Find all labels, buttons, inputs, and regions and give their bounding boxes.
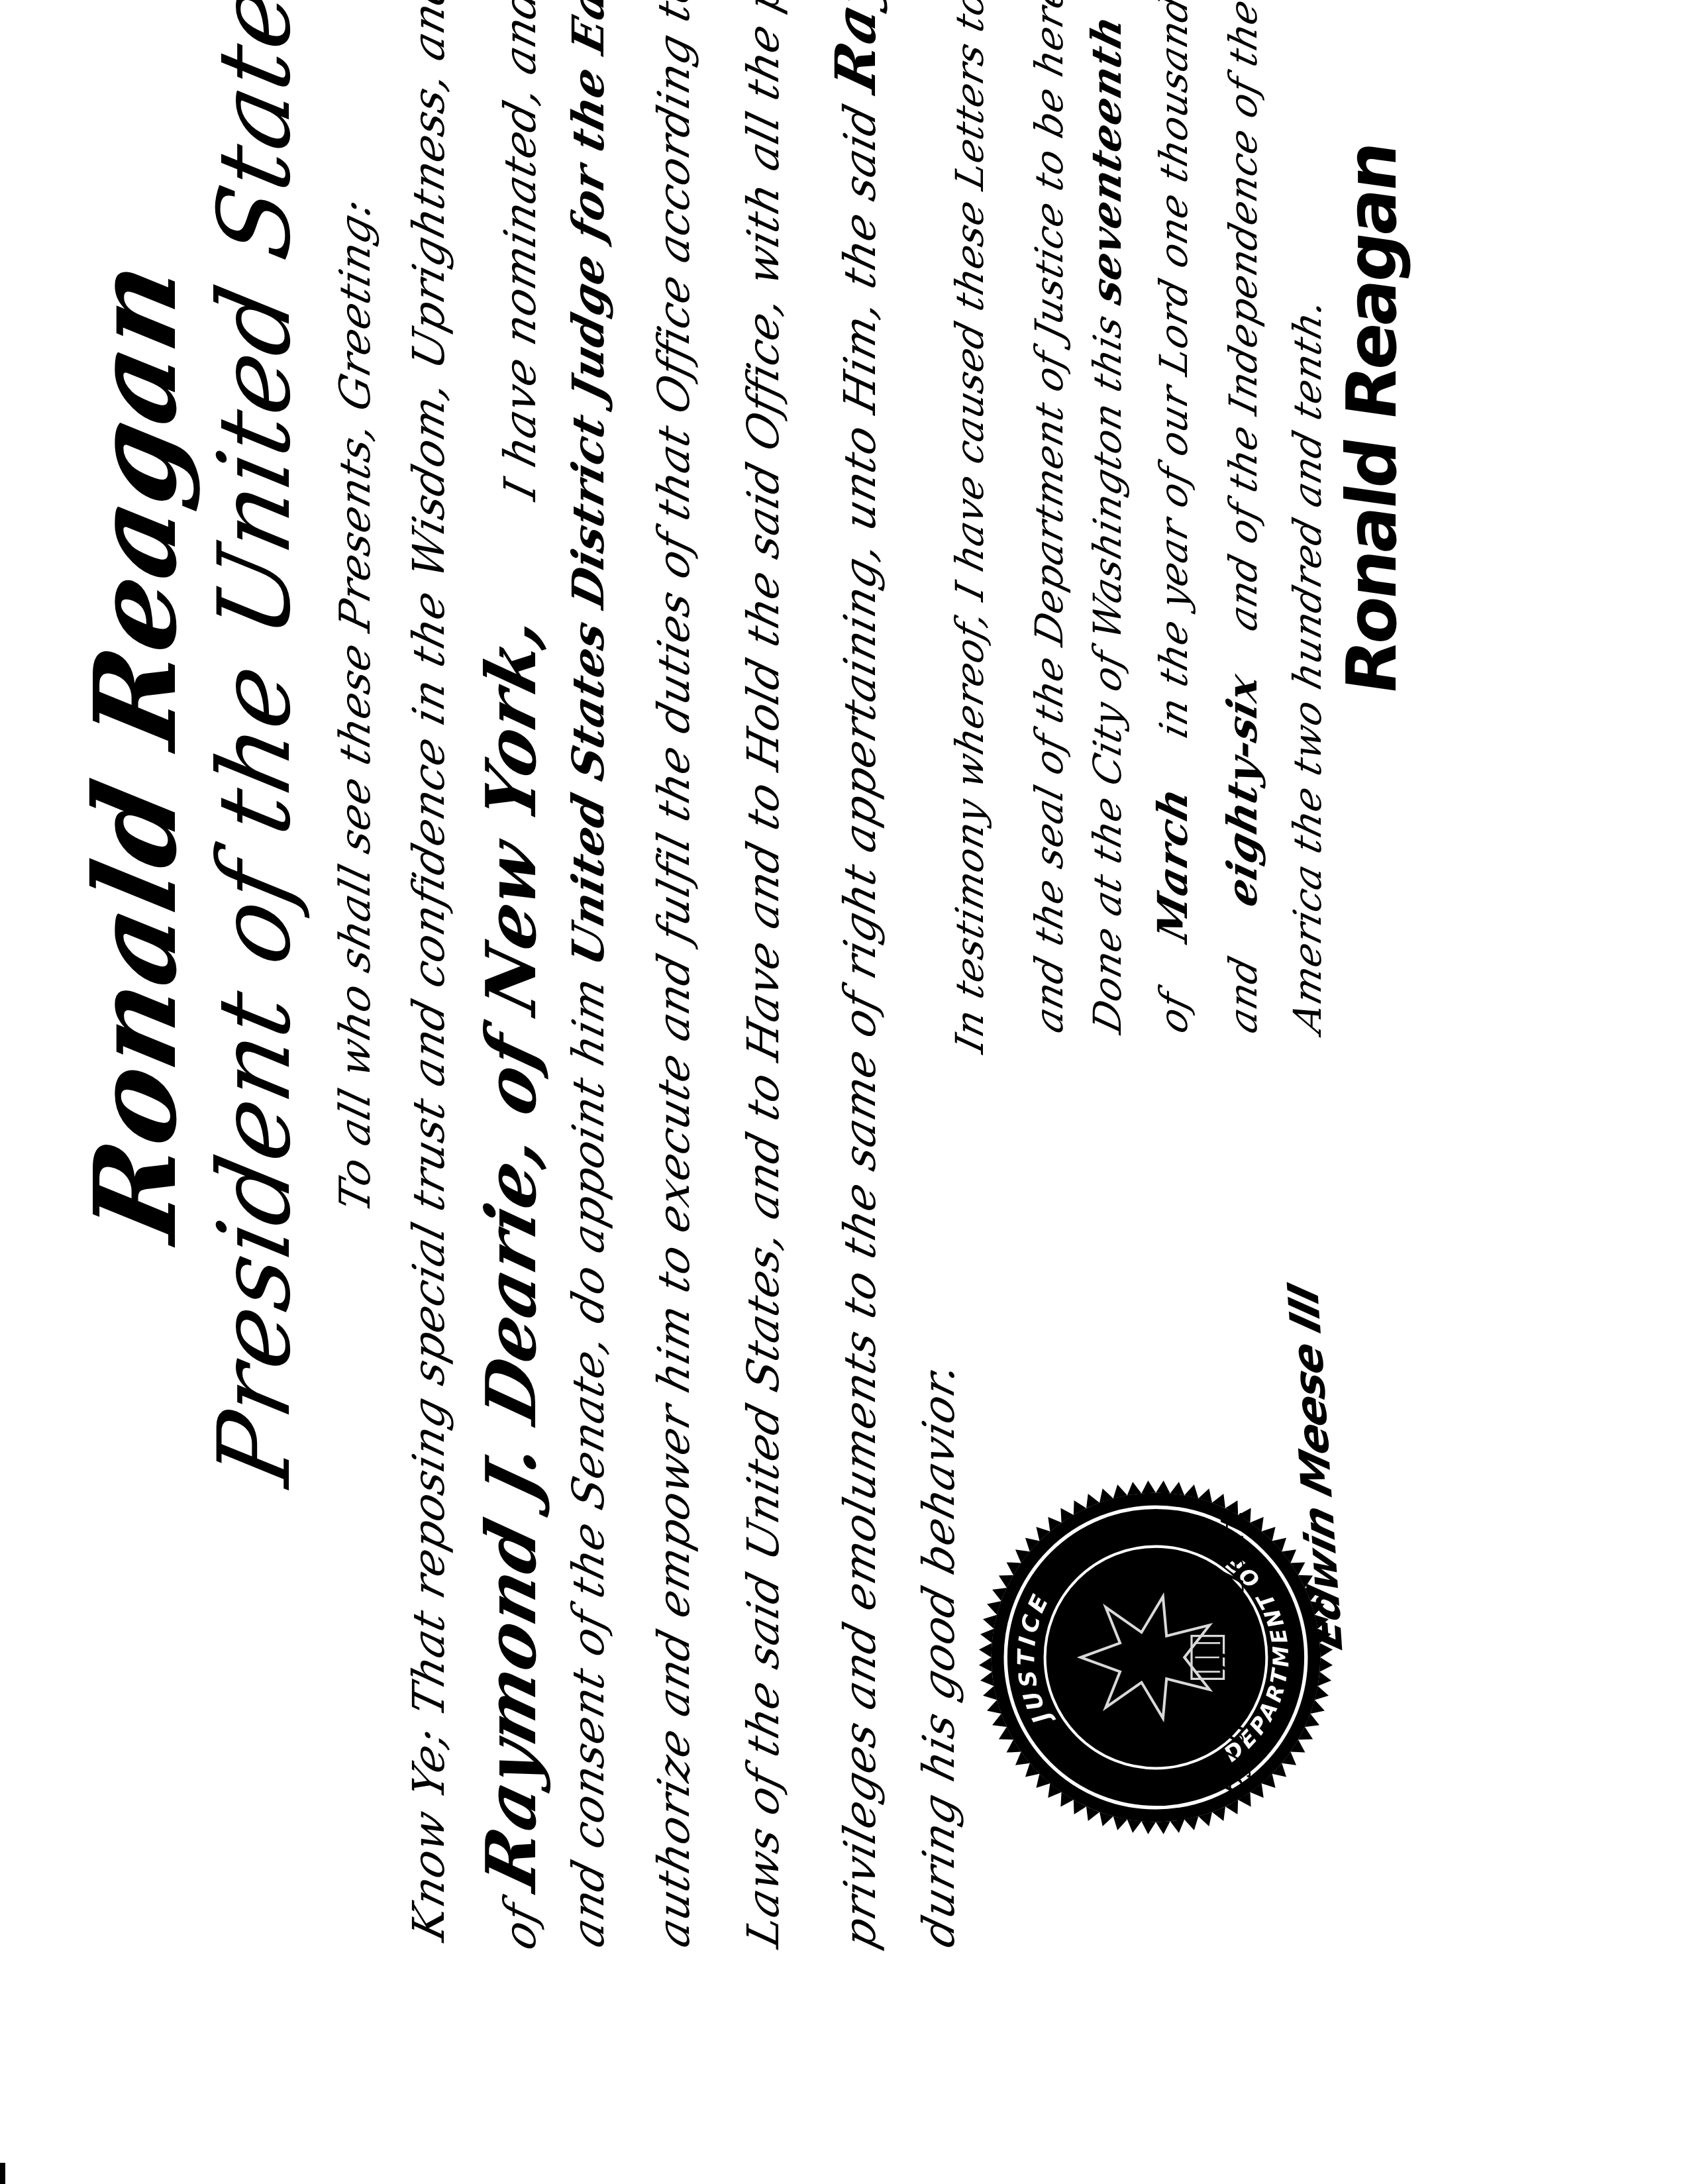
body-line-1: Know Ye; That reposing special trust and… bbox=[407, 0, 451, 1945]
testimony-line-1: In testimony whereof, I have caused thes… bbox=[950, 0, 989, 1057]
appointee-name-repeat: Raymond J. Dearie bbox=[823, 0, 888, 99]
department-of-justice-seal-icon: JUSTICE DEPARTMENT OF bbox=[977, 1479, 1335, 1836]
scan-edge-mark bbox=[0, 2163, 5, 2184]
filled-day: seventeenth bbox=[1082, 10, 1131, 309]
countersign-label: By the President: bbox=[1215, 1502, 1249, 1801]
testimony-line-4: of March in the year of our Lord one tho… bbox=[1152, 0, 1194, 1037]
body-line-5: Laws of the said United States, and to H… bbox=[742, 0, 786, 1951]
scanned-page: Ronald Reagan President of the United St… bbox=[0, 0, 1689, 2184]
appointee-name: Raymond J. Dearie, of New York, bbox=[470, 607, 552, 1898]
body-nominated: I have nominated, and, by and with the a… bbox=[495, 0, 546, 505]
salutation: To all who shall see these Presents, Gre… bbox=[334, 194, 377, 1216]
body-line-7: during his good behavior. bbox=[917, 1358, 961, 1951]
testimony-line-5: and eighty-six and of the Independence o… bbox=[1222, 0, 1263, 1037]
testimony-line-6: America the two hundred and tenth. bbox=[1288, 294, 1327, 1037]
body-of: of bbox=[495, 1897, 546, 1955]
filled-month: March bbox=[1149, 782, 1197, 947]
testimony-line-3: Done at the City of Washington this seve… bbox=[1086, 0, 1127, 1037]
filled-year: eighty-six bbox=[1218, 668, 1266, 911]
body-line-2: of Raymond J. Dearie, of New York, I hav… bbox=[477, 0, 546, 1955]
office-title-heading: President of the United States of Americ… bbox=[205, 0, 305, 1492]
body-line-3: and consent of the Senate, do appoint hi… bbox=[566, 0, 611, 1951]
president-name-heading: Ronald Reagan bbox=[79, 252, 192, 1249]
appointed-position: United States District Judge for the Eas… bbox=[562, 0, 614, 970]
testimony-line-2: and the seal of the Department of Justic… bbox=[1030, 0, 1068, 1037]
body-line-4: authorize and empower him to execute and… bbox=[652, 0, 696, 1951]
commission-document: Ronald Reagan President of the United St… bbox=[0, 0, 1689, 2184]
body-line-6: privileges and emoluments to the same of… bbox=[828, 0, 884, 1953]
president-signature: Ronald Reagan bbox=[1331, 138, 1412, 700]
